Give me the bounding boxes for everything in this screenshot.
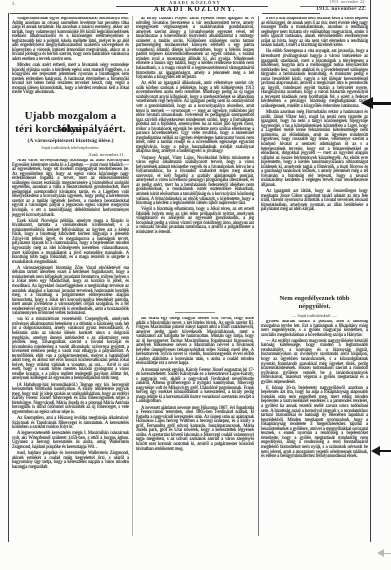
- paragraph: lak Mária egy ősrégi magyar nemes volt. …: [136, 317, 254, 367]
- right-article-subtitle: — Saját tudósítónktól. —: [261, 313, 368, 318]
- right-article-headline-line1: Nem engedélyeznek több: [261, 295, 368, 302]
- arrow-head: [371, 446, 380, 456]
- right-column-article-body: gyűlést akartak tartani a pusztán, ahol …: [261, 320, 368, 533]
- paragraph: A mostani nevek egyike, Károly Ferenc Jó…: [136, 369, 254, 405]
- column-divider-right: [258, 16, 259, 536]
- newspaper-page-scan: 4. ARADI KÖZLÖNY ARADI KÖZLÖNY. 1913. no…: [0, 0, 391, 570]
- arrow-head: [377, 549, 384, 557]
- paragraph: a ből a mai állapotában nem tisztünk kez…: [261, 17, 368, 49]
- paragraph: Az Szemptilen, ami a Hűszorg leváltja me…: [12, 417, 129, 431]
- paragraph: (A Habsburg-ház lemondásáról.) Tegnap eg…: [12, 384, 129, 416]
- newspaper-masthead-title: ARADI KÖZLÖNY.: [110, 6, 280, 13]
- paragraph: világirodalomnak egyik legmonumentálisab…: [12, 17, 129, 62]
- arrow-tail: [379, 450, 391, 452]
- paragraph: vas ki a minisztérium vezetéséről. Csepr…: [12, 318, 129, 382]
- middle-column-section-rule: [175, 312, 215, 313]
- paragraph: Ezek közül Norvégia példája, amelyre mag…: [12, 220, 129, 265]
- column-divider-left: [132, 16, 133, 536]
- paragraph: az király császári Porjén: Jama Hyének r…: [136, 17, 254, 81]
- arrow-tail: [372, 102, 391, 105]
- faint-left-arrow-icon: [377, 549, 391, 559]
- page-right-border: [370, 0, 371, 542]
- header-date-small: 1913. november 22.: [286, 0, 366, 4]
- paragraph: Mindez csak azért érthető, mert a hivata…: [12, 64, 129, 96]
- left-column-article-body: Arad város törvényhatósági bizottsága az…: [12, 159, 129, 533]
- arrow-tail: [383, 553, 391, 555]
- paragraph: mad, hajdani püspöke és keresztelője Wal…: [12, 452, 129, 470]
- middle-column-upper-text: az király császári Porjén: Jama Hyének r…: [136, 17, 254, 309]
- arrow-head: [361, 97, 373, 109]
- paragraph: E hónap 26-ra bejelentett nagygyűlésről …: [261, 387, 368, 460]
- paragraph: Miután azonban még Hornoltalán rektor a …: [261, 111, 368, 188]
- left-arrow-icon: [360, 96, 391, 112]
- paragraph: Arad város törvényhatósági bizottsága az…: [12, 159, 129, 218]
- paragraph: gyűlést akartak tartani a pusztán, ahol …: [261, 320, 368, 338]
- left-column-continuation-text: világirodalomnak egyik legmonumentálisab…: [12, 17, 129, 109]
- masthead-rule-right: [262, 13, 320, 14]
- middle-column-lower-text: lak Mária egy ősrégi magyar nemes volt. …: [136, 317, 254, 507]
- article-headline-line2: téri korcsolyapályáért.: [12, 123, 129, 136]
- right-column-upper-text: a ből a mai állapotában nem tisztünk kez…: [261, 17, 368, 291]
- page-left-border: [8, 13, 9, 542]
- article-dateline: Arad, november 21.: [12, 152, 125, 157]
- article-byline: Saját tudósítónk telefonjelentése.: [12, 145, 129, 150]
- header-date: 1913. november 22.: [286, 6, 366, 12]
- paragraph: Varjassy Árpád, Vlaty Lajos, Novákzidal …: [136, 157, 254, 207]
- paragraph: Ha előbb Szeregessa a vita anyagát, azt …: [261, 50, 368, 109]
- paragraph: — Az erdélyi napóleon magyarok nagygyűlé…: [261, 340, 368, 385]
- left-arrow-icon: [371, 445, 391, 458]
- masthead-rule-left: [10, 13, 128, 14]
- paragraph: Az igazgatót azt látták, hogy az önszerű…: [261, 190, 368, 213]
- running-title-small: ARADI KÖZLÖNY: [100, 0, 290, 5]
- paragraph: Végül a bizottság elhatározta, hogy a Jó…: [136, 208, 254, 235]
- paragraph: A városszépítészeti bizottság Zöre Vazul…: [12, 267, 129, 317]
- right-article-headline-line2: népgyűlést.: [261, 303, 368, 310]
- paragraph: A nevezett ajánlatot nevezte meg Hűszorg…: [136, 407, 254, 452]
- paragraph: A legnevezetesebb keresztelés mégis I. M…: [12, 432, 129, 450]
- article-subtitle: (A városszépítészeti bizottság ülése.): [12, 138, 129, 144]
- paragraph: Az előtt az igazgatói állásoknak, amit v…: [136, 82, 254, 155]
- page-number: 4.: [12, 2, 16, 7]
